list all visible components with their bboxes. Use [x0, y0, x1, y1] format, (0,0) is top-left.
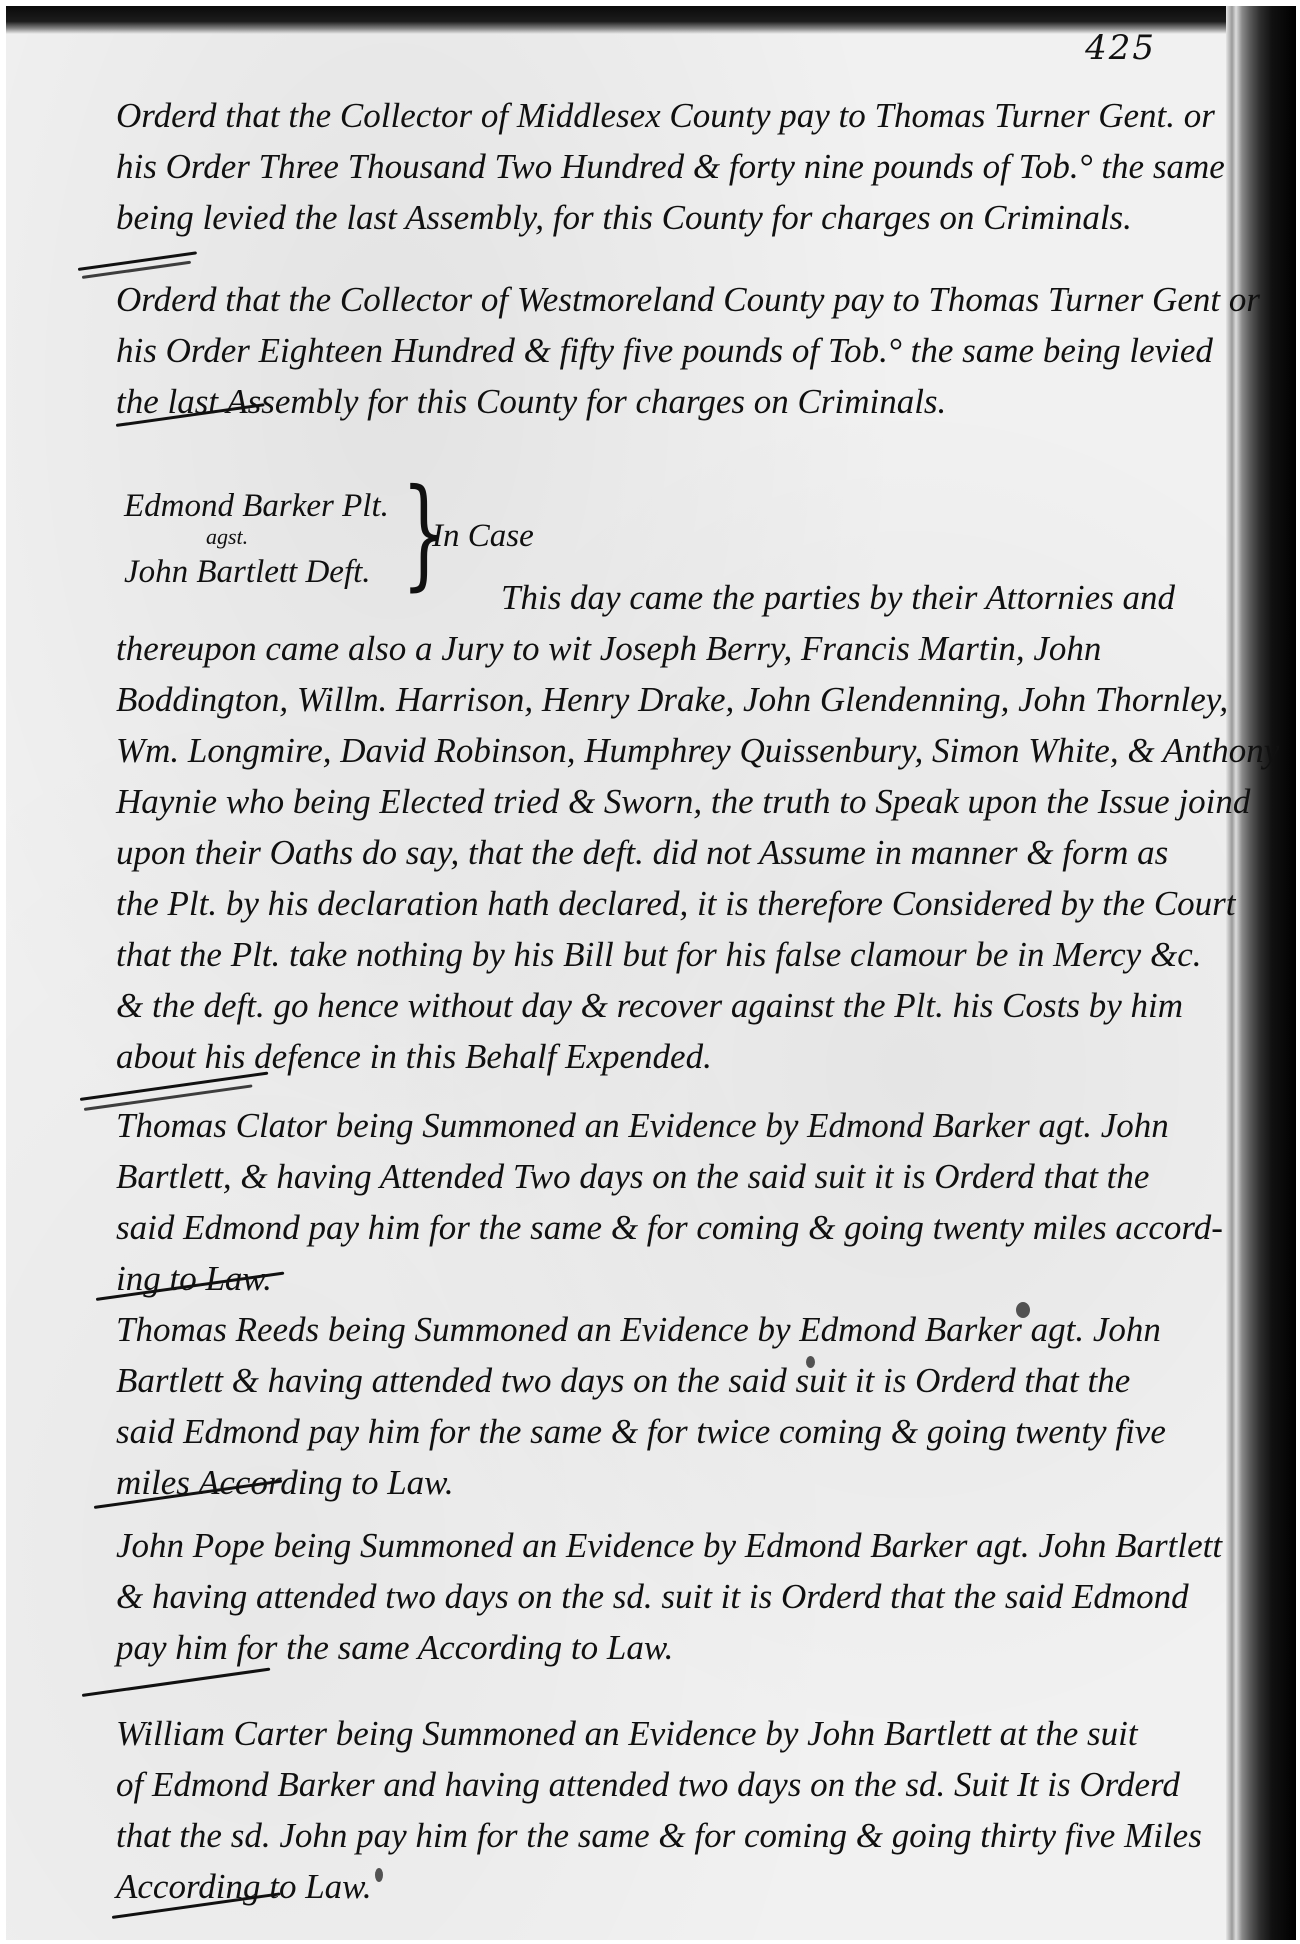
plaintiff-name: Edmond Barker Plt. [124, 488, 389, 525]
ink-blot [806, 1356, 815, 1368]
ink-blot [1016, 1302, 1030, 1318]
text-line: the Plt. by his declaration hath declare… [116, 878, 1206, 929]
text-line: John Pope being Summoned an Evidence by … [116, 1520, 1206, 1571]
text-line: his Order Eighteen Hundred & fifty five … [116, 325, 1206, 376]
text-line: & having attended two days on the sd. su… [116, 1571, 1206, 1622]
text-line: being levied the last Assembly, for this… [116, 192, 1206, 243]
text-line: Bartlett, & having Attended Two days on … [116, 1151, 1206, 1202]
text-line: that the sd. John pay him for the same &… [116, 1810, 1206, 1861]
case-action: In Case [432, 518, 534, 555]
text-line: his Order Three Thousand Two Hundred & f… [116, 141, 1206, 192]
ink-blot [375, 1868, 383, 1882]
text-line: Thomas Clator being Summoned an Evidence… [116, 1100, 1206, 1151]
text-line: about his defence in this Behalf Expende… [116, 1031, 1206, 1082]
text-line: said Edmond pay him for the same & for t… [116, 1406, 1206, 1457]
entry-william-carter: William Carter being Summoned an Evidenc… [116, 1708, 1206, 1912]
entry-middlesex-order: Orderd that the Collector of Middlesex C… [116, 90, 1206, 243]
case-judgment: This day came the parties by their Attor… [116, 572, 1206, 1082]
text-line: upon their Oaths do say, that the deft. … [116, 827, 1206, 878]
text-line: Thomas Reeds being Summoned an Evidence … [116, 1304, 1206, 1355]
text-line: said Edmond pay him for the same & for c… [116, 1202, 1206, 1253]
entry-john-pope: John Pope being Summoned an Evidence by … [116, 1520, 1206, 1673]
text-line: William Carter being Summoned an Evidenc… [116, 1708, 1206, 1759]
text-line: Boddington, Willm. Harrison, Henry Drake… [116, 674, 1206, 725]
text-line: Haynie who being Elected tried & Sworn, … [116, 776, 1206, 827]
text-line: This day came the parties by their Attor… [116, 572, 1206, 623]
text-line: Wm. Longmire, David Robinson, Humphrey Q… [116, 725, 1206, 776]
text-line: Bartlett & having attended two days on t… [116, 1355, 1206, 1406]
text-line: thereupon came also a Jury to wit Joseph… [116, 623, 1206, 674]
entry-thomas-reeds: Thomas Reeds being Summoned an Evidence … [116, 1304, 1206, 1508]
entry-westmoreland-order: Orderd that the Collector of Westmorelan… [116, 274, 1206, 427]
text-line: & the deft. go hence without day & recov… [116, 980, 1206, 1031]
text-line: Orderd that the Collector of Westmorelan… [116, 274, 1206, 325]
text-line: ing to Law. [116, 1253, 1206, 1304]
page-number: 425 [1085, 28, 1156, 68]
text-line: the last Assembly for this County for ch… [116, 376, 1206, 427]
text-line: of Edmond Barker and having attended two… [116, 1759, 1206, 1810]
text-line: Orderd that the Collector of Middlesex C… [116, 90, 1206, 141]
manuscript-page: 425 Orderd that the Collector of Middles… [6, 6, 1296, 1940]
text-line: According to Law. [116, 1861, 1206, 1912]
versus-abbreviation: agst. [206, 524, 248, 550]
text-line: pay him for the same According to Law. [116, 1622, 1206, 1673]
text-line: that the Plt. take nothing by his Bill b… [116, 929, 1206, 980]
